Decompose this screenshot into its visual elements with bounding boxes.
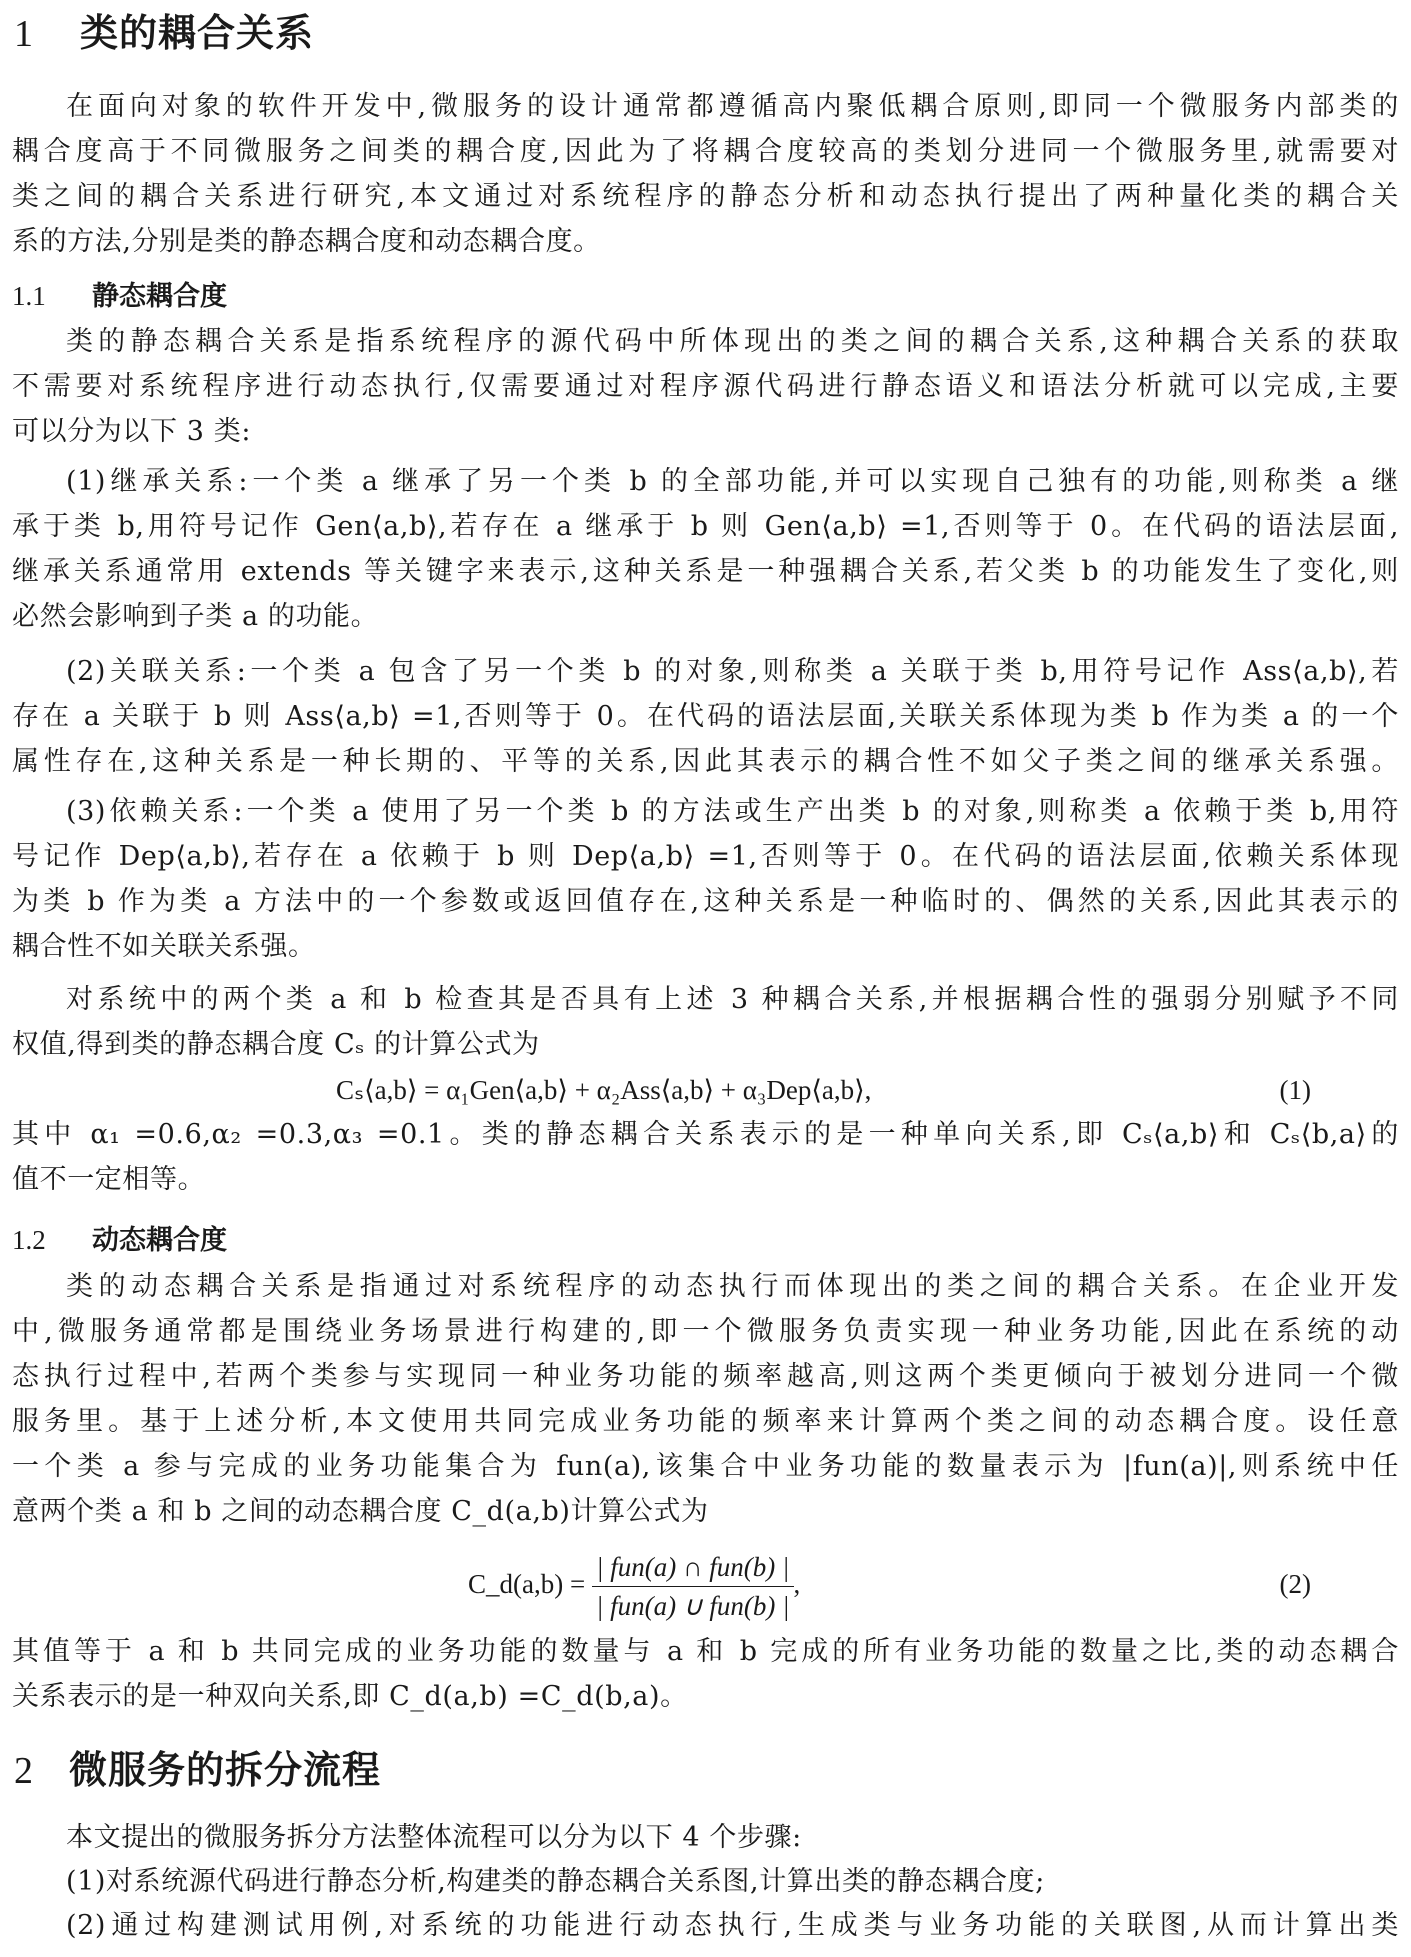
formula-lhs: C_d(a,b) =: [468, 1569, 585, 1599]
step-line: (2)通过构建测试用例,对系统的功能进行动态执行,生成类与业务功能的关联图,从而…: [66, 1906, 1399, 1946]
paragraph-line: 其中 α₁ =0.6,α₂ =0.3,α₃ =0.1。类的静态耦合关系表示的是一…: [12, 1115, 1399, 1155]
section-number: 2: [14, 1746, 69, 1796]
dependency-line: 号记作 Dep⟨a,b⟩,若存在 a 依赖于 b 则 Dep⟨a,b⟩ =1,否…: [12, 837, 1399, 877]
paragraph-line: 服务里。基于上述分析,本文使用共同完成业务功能的频率来计算两个类之间的动态耦合度…: [12, 1402, 1399, 1442]
paragraph-line: 本文提出的微服务拆分方法整体流程可以分为以下 4 个步骤:: [66, 1818, 1399, 1858]
section-title: 微服务的拆分流程: [69, 1748, 381, 1792]
inheritance-line: (1)继承关系:一个类 a 继承了另一个类 b 的全部功能,并可以实现自己独有的…: [66, 462, 1399, 502]
equation-number-1: (1): [1280, 1070, 1311, 1110]
paragraph-line: 意两个类 a 和 b 之间的动态耦合度 C_d(a,b)计算公式为: [12, 1492, 1399, 1532]
paragraph-line: 类的静态耦合关系是指系统程序的源代码中所体现出的类之间的耦合关系,这种耦合关系的…: [66, 322, 1399, 362]
paper-page: 1类的耦合关系 在面向对象的软件开发中,微服务的设计通常都遵循高内聚低耦合原则,…: [0, 0, 1411, 1957]
subsection-1-2-heading: 1.2动态耦合度: [12, 1220, 227, 1260]
fraction-denominator: | fun(a) ∪ fun(b) |: [592, 1587, 794, 1623]
paragraph-line: 关系表示的是一种双向关系,即 C_d(a,b) =C_d(b,a)。: [12, 1677, 1399, 1717]
subsection-1-1-heading: 1.1静态耦合度: [12, 276, 227, 316]
paragraph-line: 对系统中的两个类 a 和 b 检查其是否具有上述 3 种耦合关系,并根据耦合性的…: [66, 980, 1399, 1020]
formula-tail: ,: [794, 1569, 801, 1599]
paragraph-line: 可以分为以下 3 类:: [12, 412, 1399, 452]
paragraph-line: 值不一定相等。: [12, 1160, 1399, 1200]
fraction: | fun(a) ∩ fun(b) | | fun(a) ∪ fun(b) |: [592, 1550, 794, 1623]
subsection-title: 静态耦合度: [92, 281, 227, 312]
paragraph-line: 态执行过程中,若两个类参与实现同一种业务功能的频率越高,则这两个类更倾向于被划分…: [12, 1357, 1399, 1397]
section-2-heading: 2微服务的拆分流程: [14, 1745, 381, 1795]
fraction-numerator: | fun(a) ∩ fun(b) |: [592, 1550, 794, 1587]
inheritance-line: 必然会影响到子类 a 的功能。: [12, 597, 1399, 637]
paragraph-line: 不需要对系统程序进行动态执行,仅需要通过对程序源代码进行静态语义和语法分析就可以…: [12, 367, 1399, 407]
formula-static-coupling: Cₛ⟨a,b⟩ = α₁Gen⟨a,b⟩ + α₂Ass⟨a,b⟩ + α₃De…: [336, 1070, 871, 1110]
step-line: (1)对系统源代码进行静态分析,构建类的静态耦合关系图,计算出类的静态耦合度;: [66, 1862, 1399, 1902]
section-title: 类的耦合关系: [80, 11, 314, 55]
inheritance-line: 继承关系通常用 extends 等关键字来表示,这种关系是一种强耦合关系,若父类…: [12, 552, 1399, 592]
paragraph-line: 在面向对象的软件开发中,微服务的设计通常都遵循高内聚低耦合原则,即同一个微服务内…: [66, 87, 1399, 127]
paragraph-line: 一个类 a 参与完成的业务功能集合为 fun(a),该集合中业务功能的数量表示为…: [12, 1447, 1399, 1487]
subsection-number: 1.1: [12, 276, 92, 316]
subsection-number: 1.2: [12, 1220, 92, 1260]
section-number: 1: [14, 9, 80, 59]
association-line: 存在 a 关联于 b 则 Ass⟨a,b⟩ =1,否则等于 0。在代码的语法层面…: [12, 697, 1399, 737]
paragraph-line: 类之间的耦合关系进行研究,本文通过对系统程序的静态分析和动态执行提出了两种量化类…: [12, 177, 1399, 217]
paragraph-line: 中,微服务通常都是围绕业务场景进行构建的,即一个微服务负责实现一种业务功能,因此…: [12, 1312, 1399, 1352]
dependency-line: 为类 b 作为类 a 方法中的一个参数或返回值存在,这种关系是一种临时的、偶然的…: [12, 882, 1399, 922]
association-line: 属性存在,这种关系是一种长期的、平等的关系,因此其表示的耦合性不如父子类之间的继…: [12, 742, 1399, 782]
dependency-line: (3)依赖关系:一个类 a 使用了另一个类 b 的方法或生产出类 b 的对象,则…: [66, 792, 1399, 832]
association-line: (2)关联关系:一个类 a 包含了另一个类 b 的对象,则称类 a 关联于类 b…: [66, 652, 1399, 692]
equation-number-2: (2): [1280, 1564, 1311, 1604]
section-1-heading: 1类的耦合关系: [14, 8, 314, 58]
paragraph-line: 耦合度高于不同微服务之间类的耦合度,因此为了将耦合度较高的类划分进同一个微服务里…: [12, 132, 1399, 172]
paragraph-line: 系的方法,分别是类的静态耦合度和动态耦合度。: [12, 222, 1399, 262]
formula-dynamic-coupling: C_d(a,b) = | fun(a) ∩ fun(b) | | fun(a) …: [468, 1548, 800, 1623]
paragraph-line: 其值等于 a 和 b 共同完成的业务功能的数量与 a 和 b 完成的所有业务功能…: [12, 1632, 1399, 1672]
subsection-title: 动态耦合度: [92, 1225, 227, 1256]
paragraph-line: 类的动态耦合关系是指通过对系统程序的动态执行而体现出的类之间的耦合关系。在企业开…: [66, 1267, 1399, 1307]
inheritance-line: 承于类 b,用符号记作 Gen⟨a,b⟩,若存在 a 继承于 b 则 Gen⟨a…: [12, 507, 1399, 547]
dependency-line: 耦合性不如关联关系强。: [12, 927, 1399, 967]
paragraph-line: 权值,得到类的静态耦合度 Cₛ 的计算公式为: [12, 1025, 1399, 1065]
